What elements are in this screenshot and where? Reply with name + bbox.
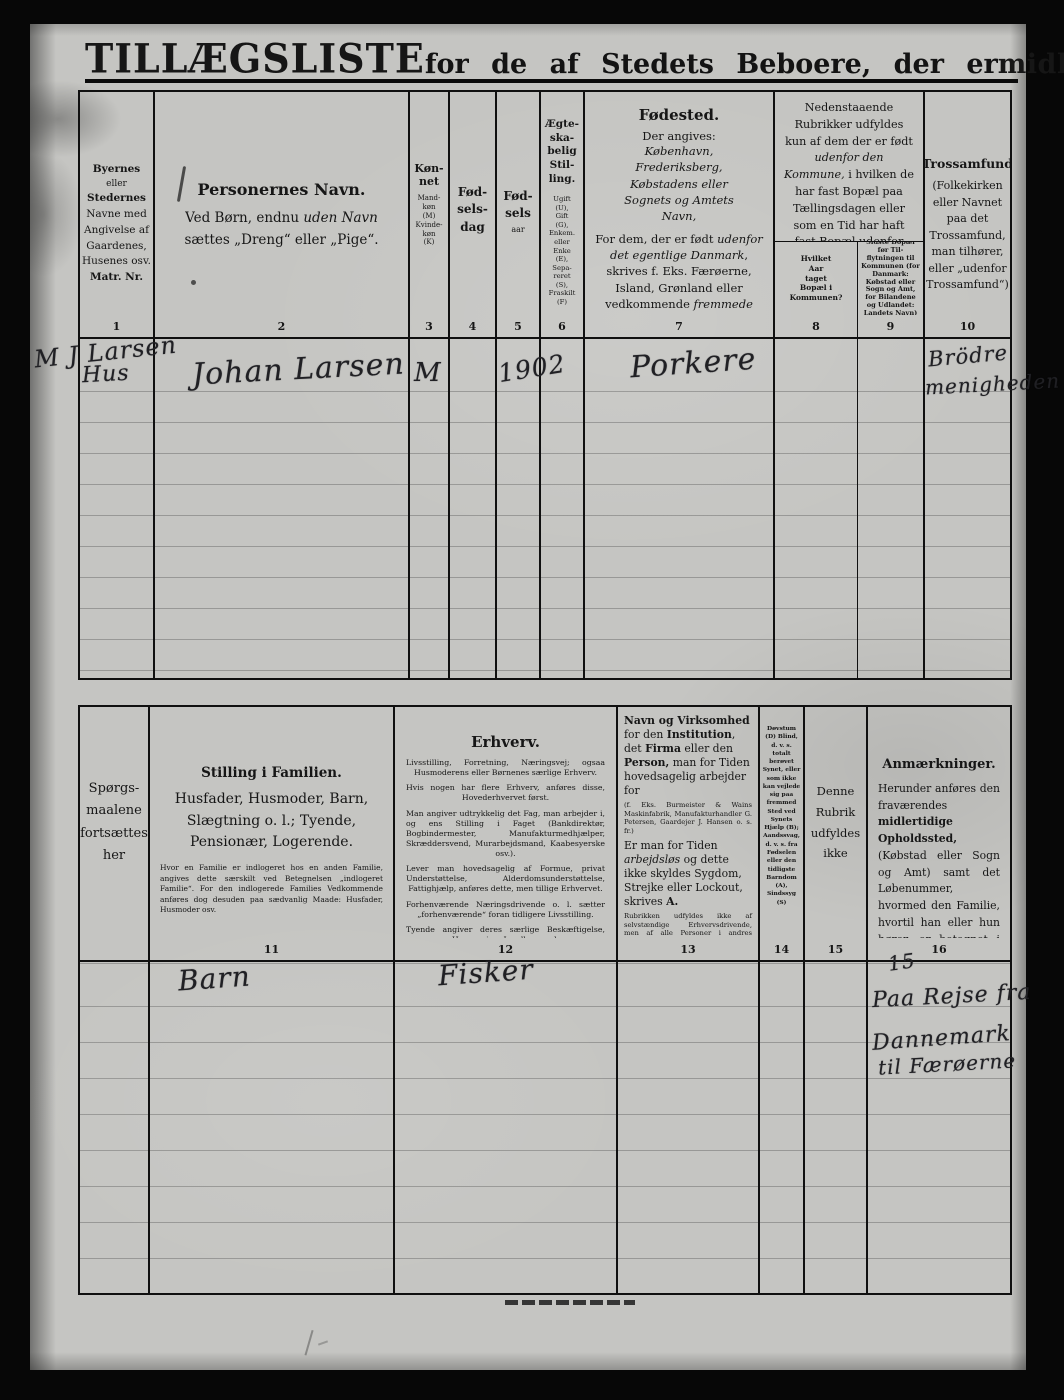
column-birthplace-header: Fødested. Der angives: København, Freder… [585, 92, 773, 315]
form-title-middle: for de af Stedets Beboere, der er [425, 49, 998, 80]
column-place-cells [80, 337, 153, 678]
pencil-scribble-2 [318, 1340, 328, 1345]
column-employer-header: Navn og Virksomhed for den Institution, … [618, 707, 758, 938]
column-number: 15 [805, 938, 866, 960]
column-birthday-header: Fød- sels- dag [450, 92, 495, 315]
handwritten-occupation: Fisker [437, 953, 535, 993]
census-form-page: TILLÆGSLISTE for de af Stedets Beboere, … [30, 24, 1026, 1370]
column-number: 4 [450, 315, 495, 337]
column-number: 5 [497, 315, 539, 337]
hdr-text-italic: uden Navn [303, 210, 378, 226]
column-family-position-header: Stilling i Familien. Husfader, Husmoder,… [150, 707, 393, 938]
hdr-paragraph: Tyende angiver deres særlige Beskæftigel… [406, 925, 605, 938]
hdr-text: For dem, der er født udenfor det egentli… [595, 231, 763, 315]
hdr-heading: Fød- sels [503, 188, 532, 222]
column-family-position: Stilling i Familien. Husfader, Husmoder,… [150, 707, 395, 1293]
hdr-sub: Ugift (U), Gift (G), Enkem. eller Enke (… [549, 195, 576, 306]
form-title-emphasis: midlertidig fraværende. [998, 49, 1064, 80]
column-employer-cells [618, 960, 758, 1293]
column-number: 2 [155, 315, 408, 337]
hdr-heading: Fødested. [639, 106, 720, 124]
hdr-heading: Stilling i Familien. [201, 765, 342, 781]
residence-group-header: Nedenstaaende Rubrikker udfyldes kun af … [775, 92, 923, 242]
hdr-sub: Mand- køn (M) Kvinde- køn (K) [416, 194, 443, 247]
column-occupation-header: Erhverv. Livsstilling, Forretning, Nærin… [395, 707, 616, 938]
hdr-heading: Trossamfund [925, 156, 1010, 171]
hdr-lead: Navn og Virksomhed for den Institution, … [624, 714, 752, 798]
hdr-sub: (Folkekirken eller Navnet paa det Trossa… [926, 178, 1009, 294]
column-occupation-cells [395, 960, 616, 1293]
column-birthplace-cells [585, 337, 773, 678]
hdr-heading: Køn- net [414, 162, 443, 188]
column-number: 11 [150, 938, 393, 960]
hdr-line: eller [106, 178, 127, 192]
hdr-paragraph: Lever man hovedsagelig af Formue, privat… [406, 864, 605, 894]
column-birthday: Fød- sels- dag 4 [450, 92, 497, 678]
column-family-position-cells [150, 960, 393, 1293]
column-unused-header: Denne Rubrik udfyldes ikke [805, 707, 866, 938]
column-marital: Ægte- ska- belig Stil- ling. Ugift (U), … [541, 92, 585, 678]
side-note: Spørgs- maalene fortsættes her [80, 707, 148, 938]
side-note-cells [80, 960, 148, 1293]
column-disabilities-header: Døvstum (D) Blind, d. v. s. totalt berøv… [760, 707, 803, 938]
hdr-text: Der angives: [642, 129, 716, 143]
column-birthyear-cells [497, 337, 539, 678]
column-remarks-header: Anmærkninger. Herunder anføres den fravæ… [868, 707, 1010, 938]
title-rule [85, 79, 1018, 83]
column-group-residence: Nedenstaaende Rubrikker udfyldes kun af … [775, 92, 925, 678]
column-year-moved-header: Hvilket Aar taget Bopæl i Kommunen? [775, 242, 857, 315]
hdr-line: Gaardenes, [86, 239, 147, 255]
hdr-heading: Anmærkninger. [882, 757, 995, 772]
column-sex-cells [410, 337, 448, 678]
column-number: 7 [585, 315, 773, 337]
residence-subheaders: Hvilket Aar taget Bopæl i Kommunen? Sids… [775, 242, 923, 315]
hdr-paragraph: Forhenværende Næringsdrivende o. l. sætt… [406, 900, 605, 920]
hdr-sub: Ved Børn, endnu uden Navn sættes „Dreng“… [184, 208, 378, 251]
column-number: 8 [775, 315, 857, 337]
column-number: 3 [410, 315, 448, 337]
hdr-fine-print: (f. Eks. Burmeister & Wains Maskinfabrik… [624, 801, 752, 835]
hdr-paragraph: Livsstilling, Forretning, Næringsvej; og… [406, 758, 605, 778]
column-birthplace: Fødested. Der angives: København, Freder… [585, 92, 775, 678]
residence-column-numbers: 8 9 [775, 315, 923, 337]
column-marital-cells [541, 337, 583, 678]
column-occupation: Erhverv. Livsstilling, Forretning, Nærin… [395, 707, 618, 1293]
hdr-line: Byernes [93, 162, 140, 178]
column-number: 9 [857, 315, 923, 337]
column-place-header: Byernes eller Stedernes Navne med Angive… [80, 92, 153, 315]
hdr-paragraph: Er man for Tiden arbejdsløs og dette ikk… [624, 839, 752, 909]
form-title: TILLÆGSLISTE for de af Stedets Beboere, … [85, 37, 1017, 82]
residence-cells [775, 337, 923, 678]
hdr-heading: Personernes Navn. [197, 180, 365, 199]
hdr-fine-print: Hvor en Familie er indlogeret hos en and… [150, 863, 393, 916]
printer-imprint [505, 1300, 635, 1305]
column-number: 10 [925, 315, 1010, 337]
column-disabilities-cells [760, 960, 803, 1293]
hdr-paragraph: Hvis nogen har flere Erhverv, anføres di… [406, 783, 605, 803]
hdr-heading: Erhverv. [471, 733, 540, 751]
form-title-word: TILLÆGSLISTE [85, 35, 425, 82]
hdr-text: sættes „Dreng“ eller „Pige“. [184, 230, 378, 252]
hdr-fine-print: Rubrikken udfyldes ikke af selvstændige … [624, 912, 752, 938]
column-last-residence-header: Sidste Bopæl før Til-flytningen til Komm… [857, 242, 923, 315]
stray-ink-dot [191, 280, 196, 285]
handwritten-place-line2: Hus [81, 361, 130, 388]
handwritten-family-position: Barn [177, 960, 252, 998]
hdr-heading: Ægte- ska- belig Stil- ling. [545, 118, 579, 186]
hdr-text: Ved Børn, endnu [185, 210, 303, 226]
column-employer: Navn og Virksomhed for den Institution, … [618, 707, 760, 1293]
column-number: 13 [618, 938, 758, 960]
hdr-line: Angivelse af [84, 223, 149, 239]
hdr-sub: Husfader, Husmoder, Barn, Slægtning o. l… [150, 789, 393, 854]
handwritten-sex: M [414, 358, 442, 388]
hdr-line: Matr. Nr. [90, 270, 143, 286]
hdr-paragraph: Man angiver udtrykkelig det Fag, man arb… [406, 809, 605, 860]
column-faith-header: Trossamfund (Folkekirken eller Navnet pa… [925, 92, 1010, 315]
hdr-text-italic: København, Frederiksberg, Købstadens ell… [624, 143, 734, 225]
hdr-line: Stedernes [87, 191, 146, 207]
column-birthyear-header: Fød- sels aar [497, 92, 539, 315]
hdr-line: Husenes osv. [82, 254, 151, 270]
pencil-scribble [304, 1330, 315, 1356]
hdr-sub: Herunder anføres den fraværendes midlert… [878, 781, 1000, 938]
hdr-sub: aar [511, 225, 524, 234]
column-marital-header: Ægte- ska- belig Stil- ling. Ugift (U), … [541, 92, 583, 315]
column-number-empty [80, 938, 148, 960]
handwritten-remark-number: 15 [886, 948, 917, 976]
hdr-line: Navne med [86, 207, 147, 223]
column-number: 6 [541, 315, 583, 337]
column-disabilities: Døvstum (D) Blind, d. v. s. totalt berøv… [760, 707, 805, 1293]
column-side-note: Spørgs- maalene fortsættes her [80, 707, 150, 1293]
column-unused-cells [805, 960, 866, 1293]
column-number: 14 [760, 938, 803, 960]
column-birthday-cells [450, 337, 495, 678]
column-unused: Denne Rubrik udfyldes ikke 15 [805, 707, 868, 1293]
column-sex-header: Køn- net Mand- køn (M) Kvinde- køn (K) [410, 92, 448, 315]
